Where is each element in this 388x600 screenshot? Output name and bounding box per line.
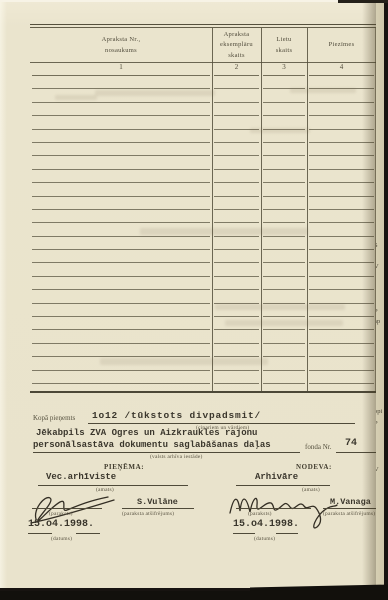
table-cell-empty: [263, 143, 305, 156]
table-cell-empty: [32, 103, 210, 116]
table-cell-empty: [263, 170, 305, 183]
table-cell-empty: [309, 290, 374, 303]
table-cell-empty: [309, 143, 374, 156]
table-cell-empty: [214, 290, 259, 303]
table-cell-empty: [309, 170, 374, 183]
bleed-through: [225, 320, 343, 326]
table-cell-empty: [263, 250, 305, 263]
scan-top-right-shadow: [338, 0, 388, 3]
received-name-line: [122, 508, 194, 509]
table-row: [30, 263, 376, 276]
table-cell-empty: [32, 183, 210, 196]
table-cell-empty: [309, 277, 374, 290]
fonds-number-value: 74: [345, 438, 357, 449]
table-cell-empty: [214, 277, 259, 290]
bleed-through: [95, 90, 215, 96]
table-header-row: Apraksta Nr., nosaukums Apraksta eksempl…: [30, 29, 376, 62]
bleed-through: [250, 128, 310, 133]
handed-heading: NODEVA:: [296, 463, 332, 471]
table-cell-empty: [309, 263, 374, 276]
table-cell-empty: [214, 197, 259, 210]
table-cell-empty: [263, 197, 305, 210]
document-page: Apraksta Nr., nosaukums Apraksta eksempl…: [0, 2, 376, 588]
table-cell-empty: [214, 89, 259, 102]
table-cell-empty: [263, 263, 305, 276]
handed-name: M.Vanaga: [330, 497, 371, 507]
handed-date-caption: (datums): [254, 536, 275, 542]
column-header-apraksta-nr: Apraksta Nr., nosaukums: [30, 29, 212, 62]
fonds-number-label: fonda Nr.: [305, 443, 331, 451]
column-header-piezimes: Piezīmes: [307, 29, 376, 62]
scan-bottom-edge: [0, 591, 388, 600]
table-cell-empty: [32, 76, 210, 89]
scan-top-edge: [0, 0, 340, 2]
table-cell-empty: [309, 371, 374, 384]
table-cell-empty: [214, 344, 259, 357]
table-cell-empty: [32, 143, 210, 156]
table-cell-empty: [32, 237, 210, 250]
total-underline: [88, 423, 355, 424]
table-cell-empty: [309, 237, 374, 250]
institution-underline: [33, 452, 300, 453]
table-row: [30, 237, 376, 250]
table-cell-empty: [32, 330, 210, 343]
bleed-through: [290, 88, 356, 93]
table-row: [30, 277, 376, 290]
table-cell-empty: [263, 344, 305, 357]
table-cell-empty: [214, 143, 259, 156]
table-cell-empty: [309, 103, 374, 116]
handed-date-line: [233, 533, 255, 534]
table-cell-empty: [309, 250, 374, 263]
table-cell-empty: [309, 156, 374, 169]
table-cell-empty: [214, 263, 259, 276]
table-cell-empty: [32, 156, 210, 169]
table-cell-empty: [309, 344, 374, 357]
table-cell-empty: [263, 183, 305, 196]
bleed-through: [215, 304, 345, 310]
table-cell-empty: [263, 330, 305, 343]
table-cell-empty: [263, 371, 305, 384]
table-right-border: [375, 28, 376, 391]
received-name: S.Vulāne: [137, 497, 178, 507]
table-cell-empty: [214, 371, 259, 384]
received-signature-caption: (paraksts): [49, 511, 73, 517]
column-number: 1: [32, 63, 210, 76]
table-cell-empty: [32, 277, 210, 290]
table-cell-empty: [309, 183, 374, 196]
table-row: [30, 170, 376, 183]
table-cell-empty: [263, 357, 305, 370]
table-cell-empty: [309, 330, 374, 343]
column-header-eksemplaru-skaits: Apraksta eksemplāru skaits: [212, 29, 261, 62]
table-cell-empty: [32, 170, 210, 183]
handed-signature-caption: (paraksts): [248, 511, 272, 517]
table-cell-empty: [32, 197, 210, 210]
table-row: [30, 116, 376, 129]
table-cell-empty: [32, 116, 210, 129]
table-cell-empty: [214, 183, 259, 196]
fonds-underline: [336, 452, 376, 453]
table-cell-empty: [309, 357, 374, 370]
table-cell-empty: [32, 210, 210, 223]
table-cell-empty: [214, 330, 259, 343]
handed-date-line: [276, 533, 298, 534]
table-cell-empty: [32, 263, 210, 276]
institution-caption: (valsts arhīva iestāde): [150, 454, 203, 460]
table-row: [30, 344, 376, 357]
table-cell-empty: [32, 344, 210, 357]
table-cell-empty: [263, 156, 305, 169]
column-divider: [261, 28, 262, 391]
table-top-double-line: [30, 27, 376, 28]
table-cell-empty: [32, 304, 210, 317]
table-cell-empty: [32, 130, 210, 143]
table-cell-empty: [263, 210, 305, 223]
table-row: [30, 371, 376, 384]
table-cell-empty: [263, 277, 305, 290]
table-cell-empty: [309, 116, 374, 129]
table-cell-empty: [214, 76, 259, 89]
table-row: [30, 130, 376, 143]
column-number-row: 1 2 3 4: [30, 63, 376, 76]
handed-position: Arhivāre: [255, 472, 298, 482]
table-row: [30, 103, 376, 116]
table-cell-empty: [309, 130, 374, 143]
column-divider: [212, 28, 213, 391]
received-position-line: [38, 485, 188, 486]
scanned-document: SVPapopiPV Apraksta Nr., nosaukums Aprak…: [0, 0, 388, 600]
bleed-through: [140, 228, 308, 235]
institution-line2: personālsastāva dokumentu saglabāšanas d…: [33, 440, 271, 450]
table-cell-empty: [309, 197, 374, 210]
column-number: 4: [309, 63, 374, 76]
received-date: 15.o4.1998.: [28, 519, 94, 530]
bleed-through: [100, 358, 268, 365]
table-cell-empty: [263, 290, 305, 303]
table-cell-empty: [214, 237, 259, 250]
received-signature-line: [32, 508, 102, 509]
received-date-line: [76, 533, 100, 534]
table-cell-empty: [32, 317, 210, 330]
table-row: [30, 330, 376, 343]
column-header-lietu-skaits: Lietu skaits: [261, 29, 307, 62]
table-cell-empty: [32, 250, 210, 263]
table-row: [30, 183, 376, 196]
table-row: [30, 250, 376, 263]
received-date-caption: (datums): [51, 536, 72, 542]
acceptance-table: Apraksta Nr., nosaukums Apraksta eksempl…: [30, 24, 376, 393]
handed-name-caption: (paraksta atšifrējums): [323, 511, 375, 517]
total-accepted-value: 1o12 /tūkstots divpadsmit/: [92, 410, 261, 421]
received-date-line: [28, 533, 52, 534]
table-cell-empty: [214, 156, 259, 169]
handed-name-line: [323, 508, 376, 509]
table-cell-empty: [214, 210, 259, 223]
bleed-through: [55, 95, 97, 100]
institution-line1: Jēkabpils ZVA Ogres un Aizkraukles rajon…: [36, 428, 257, 438]
table-cell-empty: [214, 103, 259, 116]
table-cell-empty: [32, 290, 210, 303]
table-cell-empty: [263, 237, 305, 250]
table-cell-empty: [263, 103, 305, 116]
table-row: [30, 290, 376, 303]
table-row: [30, 143, 376, 156]
table-row: [30, 156, 376, 169]
column-number: 2: [214, 63, 259, 76]
received-position: Vec.arhīviste: [46, 472, 116, 482]
table-row: [30, 197, 376, 210]
table-row: [30, 210, 376, 223]
table-cell-empty: [214, 250, 259, 263]
received-heading: PIEŅĒMA:: [104, 463, 144, 471]
column-number: 3: [263, 63, 305, 76]
table-cell-empty: [214, 170, 259, 183]
table-cell-empty: [32, 371, 210, 384]
table-cell-empty: [309, 210, 374, 223]
handed-date: 15.o4.1998.: [233, 519, 299, 530]
table-cell-empty: [309, 223, 374, 236]
total-accepted-label: Kopā pieņemts: [33, 414, 75, 422]
received-name-caption: (paraksta atšifrējums): [122, 511, 174, 517]
handed-signature-line: [236, 508, 311, 509]
column-divider: [307, 28, 308, 391]
